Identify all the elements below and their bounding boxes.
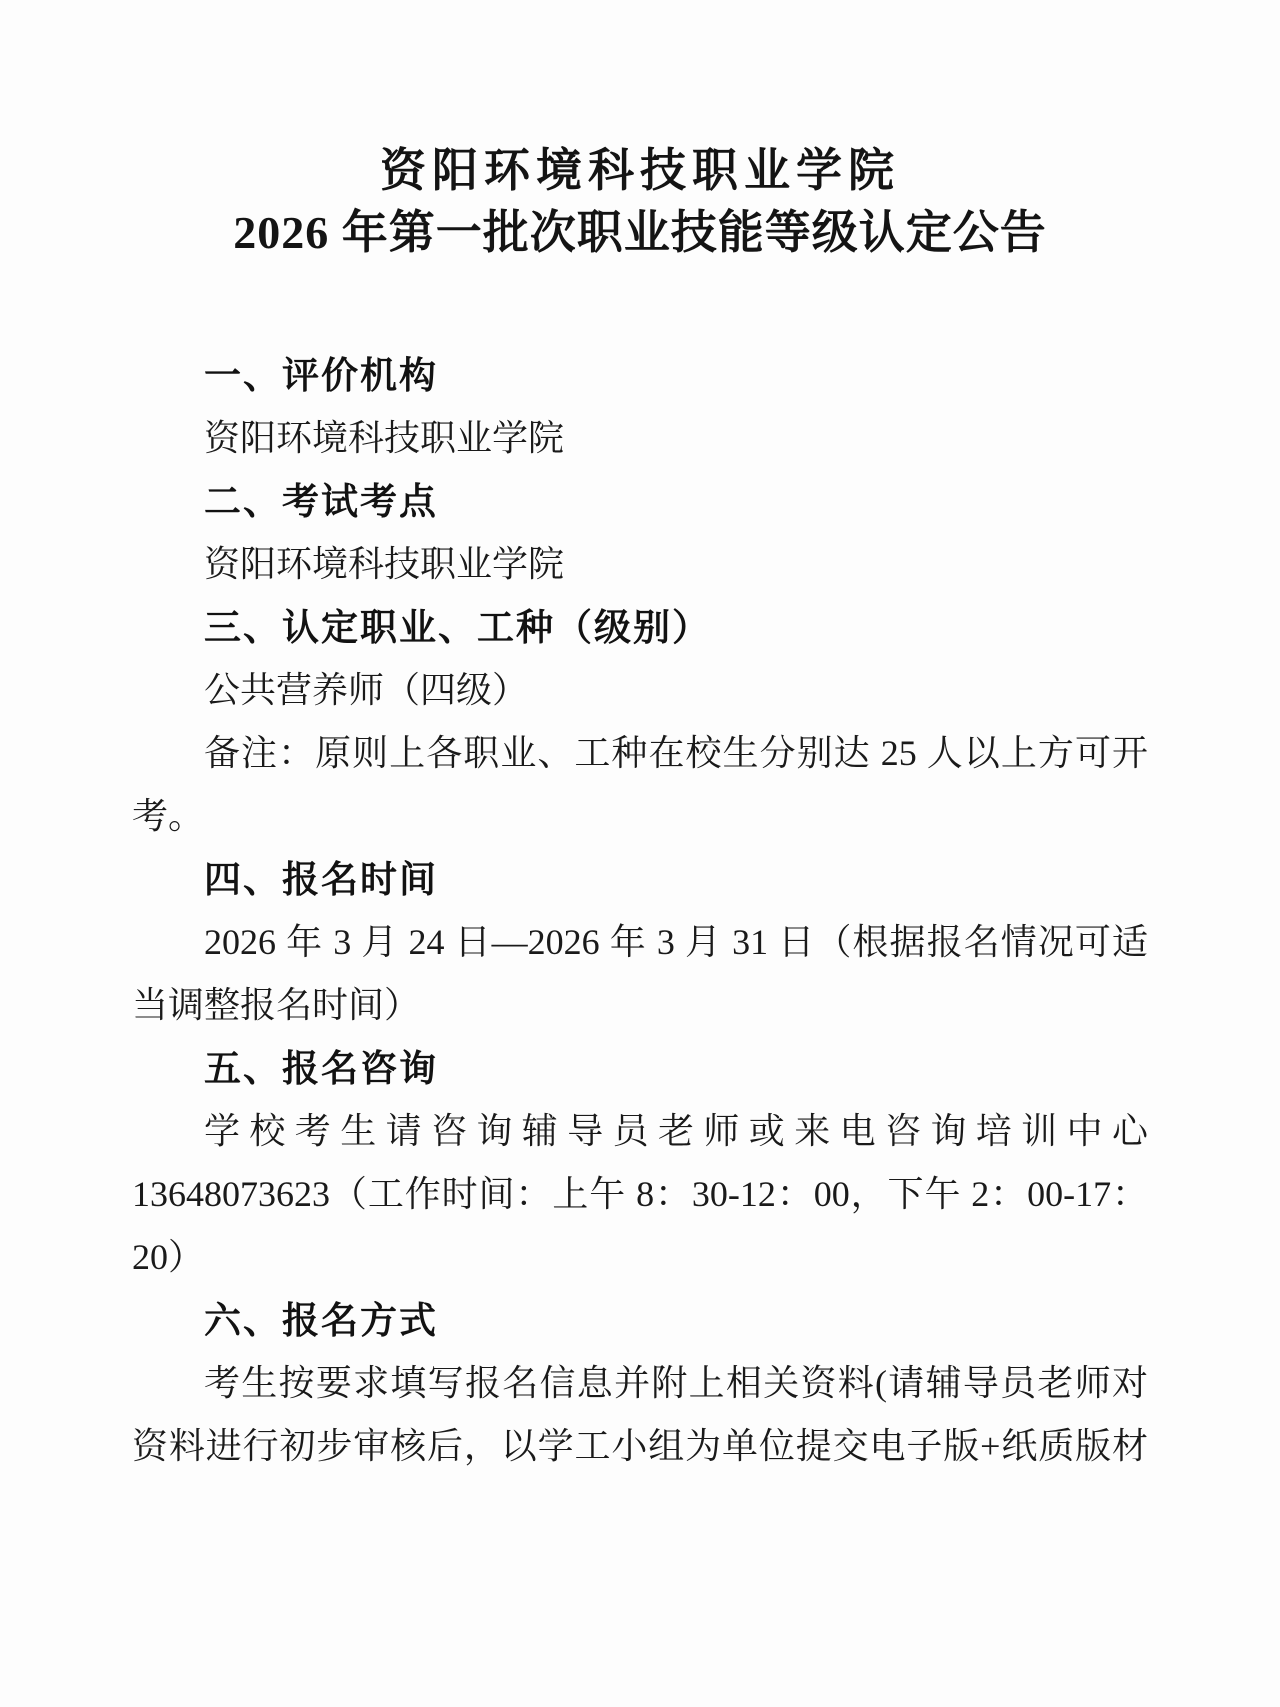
heading-evaluation-agency: 一、评价机构	[132, 344, 1148, 407]
title-line-1: 资阳环境科技职业学院	[132, 140, 1148, 202]
remark-line-1: 备注：原则上各职业、工种在校生分别达 25 人以上方可开	[132, 722, 1148, 785]
registration-method-line-2: 资料进行初步审核后，以学工小组为单位提交电子版+纸质版材	[132, 1415, 1148, 1478]
heading-certified-occupations: 三、认定职业、工种（级别）	[132, 596, 1148, 659]
occupation-line: 公共营养师（四级）	[132, 659, 1148, 722]
consultation-line-2-phone: 13648073623（工作时间：上午 8：30-12：00，下午 2：00-1…	[132, 1163, 1148, 1226]
evaluation-agency-line: 资阳环境科技职业学院	[132, 407, 1148, 470]
consultation-line-3: 20）	[132, 1226, 1148, 1289]
registration-method-line-1: 考生按要求填写报名信息并附上相关资料(请辅导员老师对	[132, 1352, 1148, 1415]
document-body: 一、评价机构 资阳环境科技职业学院 二、考试考点 资阳环境科技职业学院 三、认定…	[132, 344, 1148, 1478]
heading-registration-time: 四、报名时间	[132, 848, 1148, 911]
document-content: 资阳环境科技职业学院 2026 年第一批次职业技能等级认定公告 一、评价机构 资…	[132, 140, 1148, 1478]
exam-site-line: 资阳环境科技职业学院	[132, 533, 1148, 596]
document-title: 资阳环境科技职业学院 2026 年第一批次职业技能等级认定公告	[132, 140, 1148, 264]
registration-time-line-2: 当调整报名时间）	[132, 974, 1148, 1037]
remark-line-2: 考。	[132, 785, 1148, 848]
scanned-document-page: 资阳环境科技职业学院 2026 年第一批次职业技能等级认定公告 一、评价机构 资…	[0, 0, 1280, 1707]
title-line-2: 2026 年第一批次职业技能等级认定公告	[132, 202, 1148, 264]
heading-registration-method: 六、报名方式	[132, 1289, 1148, 1352]
heading-registration-consultation: 五、报名咨询	[132, 1037, 1148, 1100]
registration-time-line-1: 2026 年 3 月 24 日—2026 年 3 月 31 日（根据报名情况可适	[132, 911, 1148, 974]
heading-exam-site: 二、考试考点	[132, 470, 1148, 533]
consultation-line-1: 学校考生请咨询辅导员老师或来电咨询培训中心	[132, 1100, 1148, 1163]
